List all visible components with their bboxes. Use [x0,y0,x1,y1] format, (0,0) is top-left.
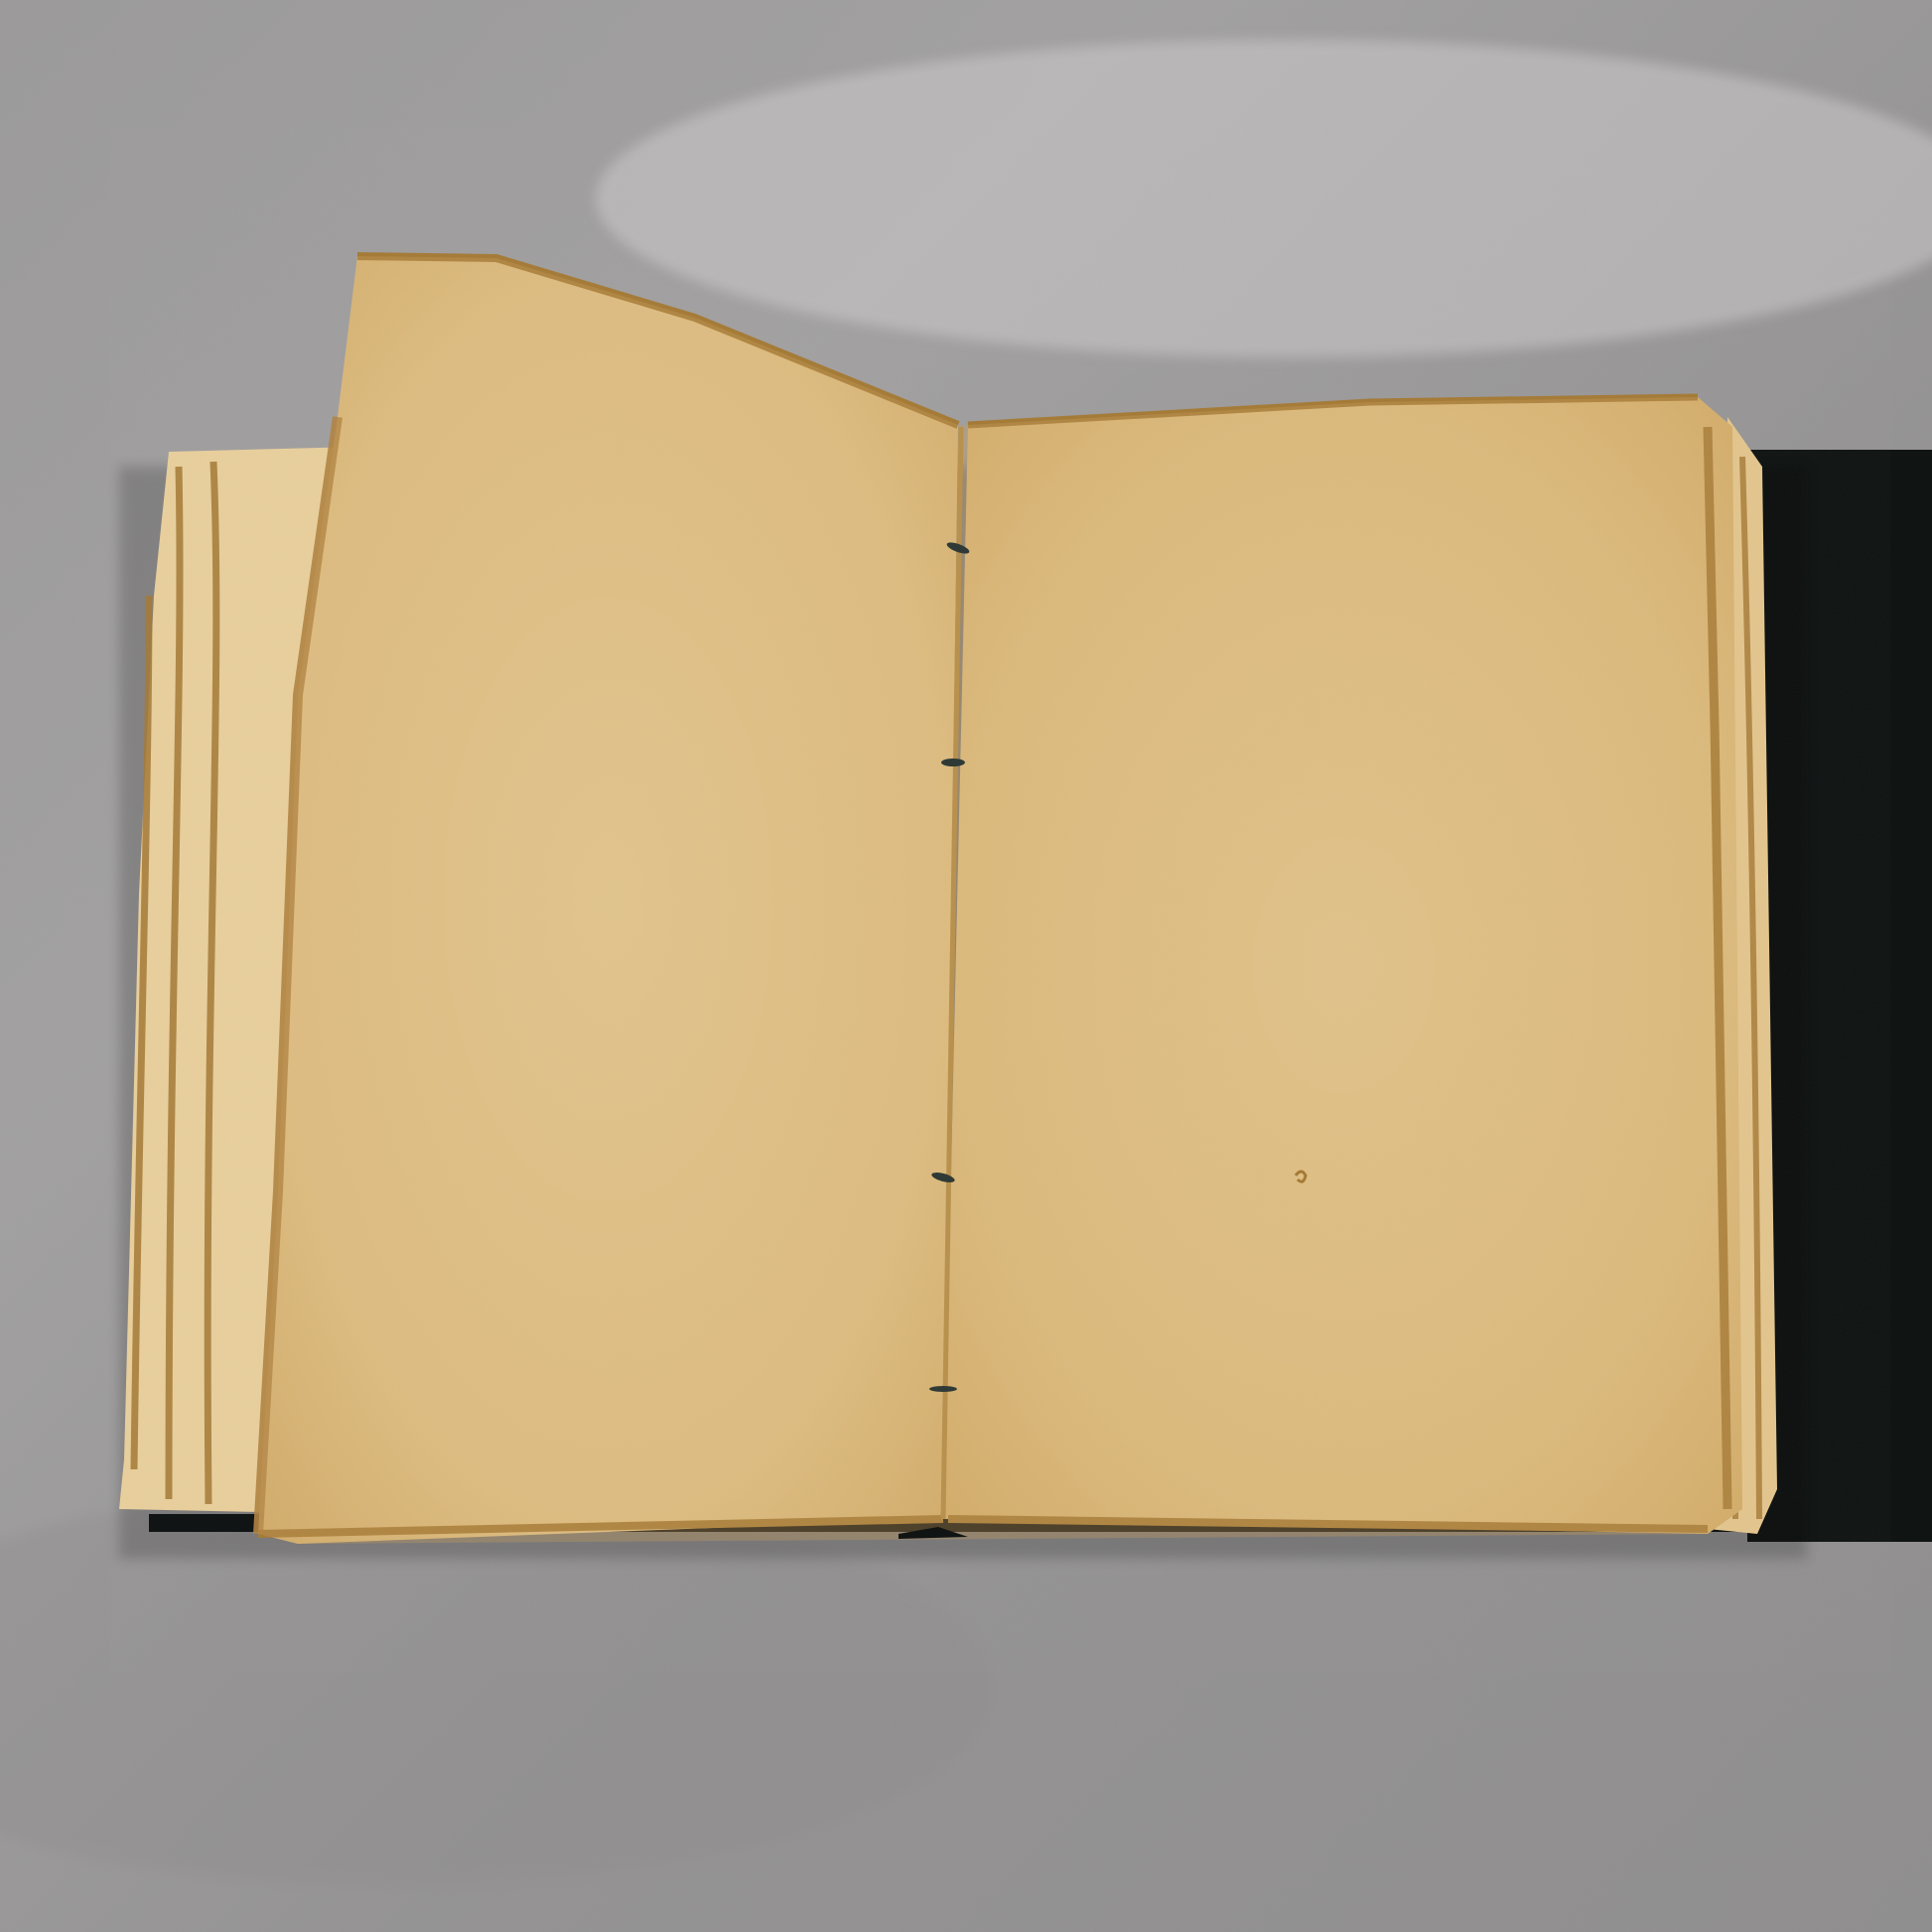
photo-scene [0,0,1932,1932]
journal-illustration [0,0,1932,1932]
